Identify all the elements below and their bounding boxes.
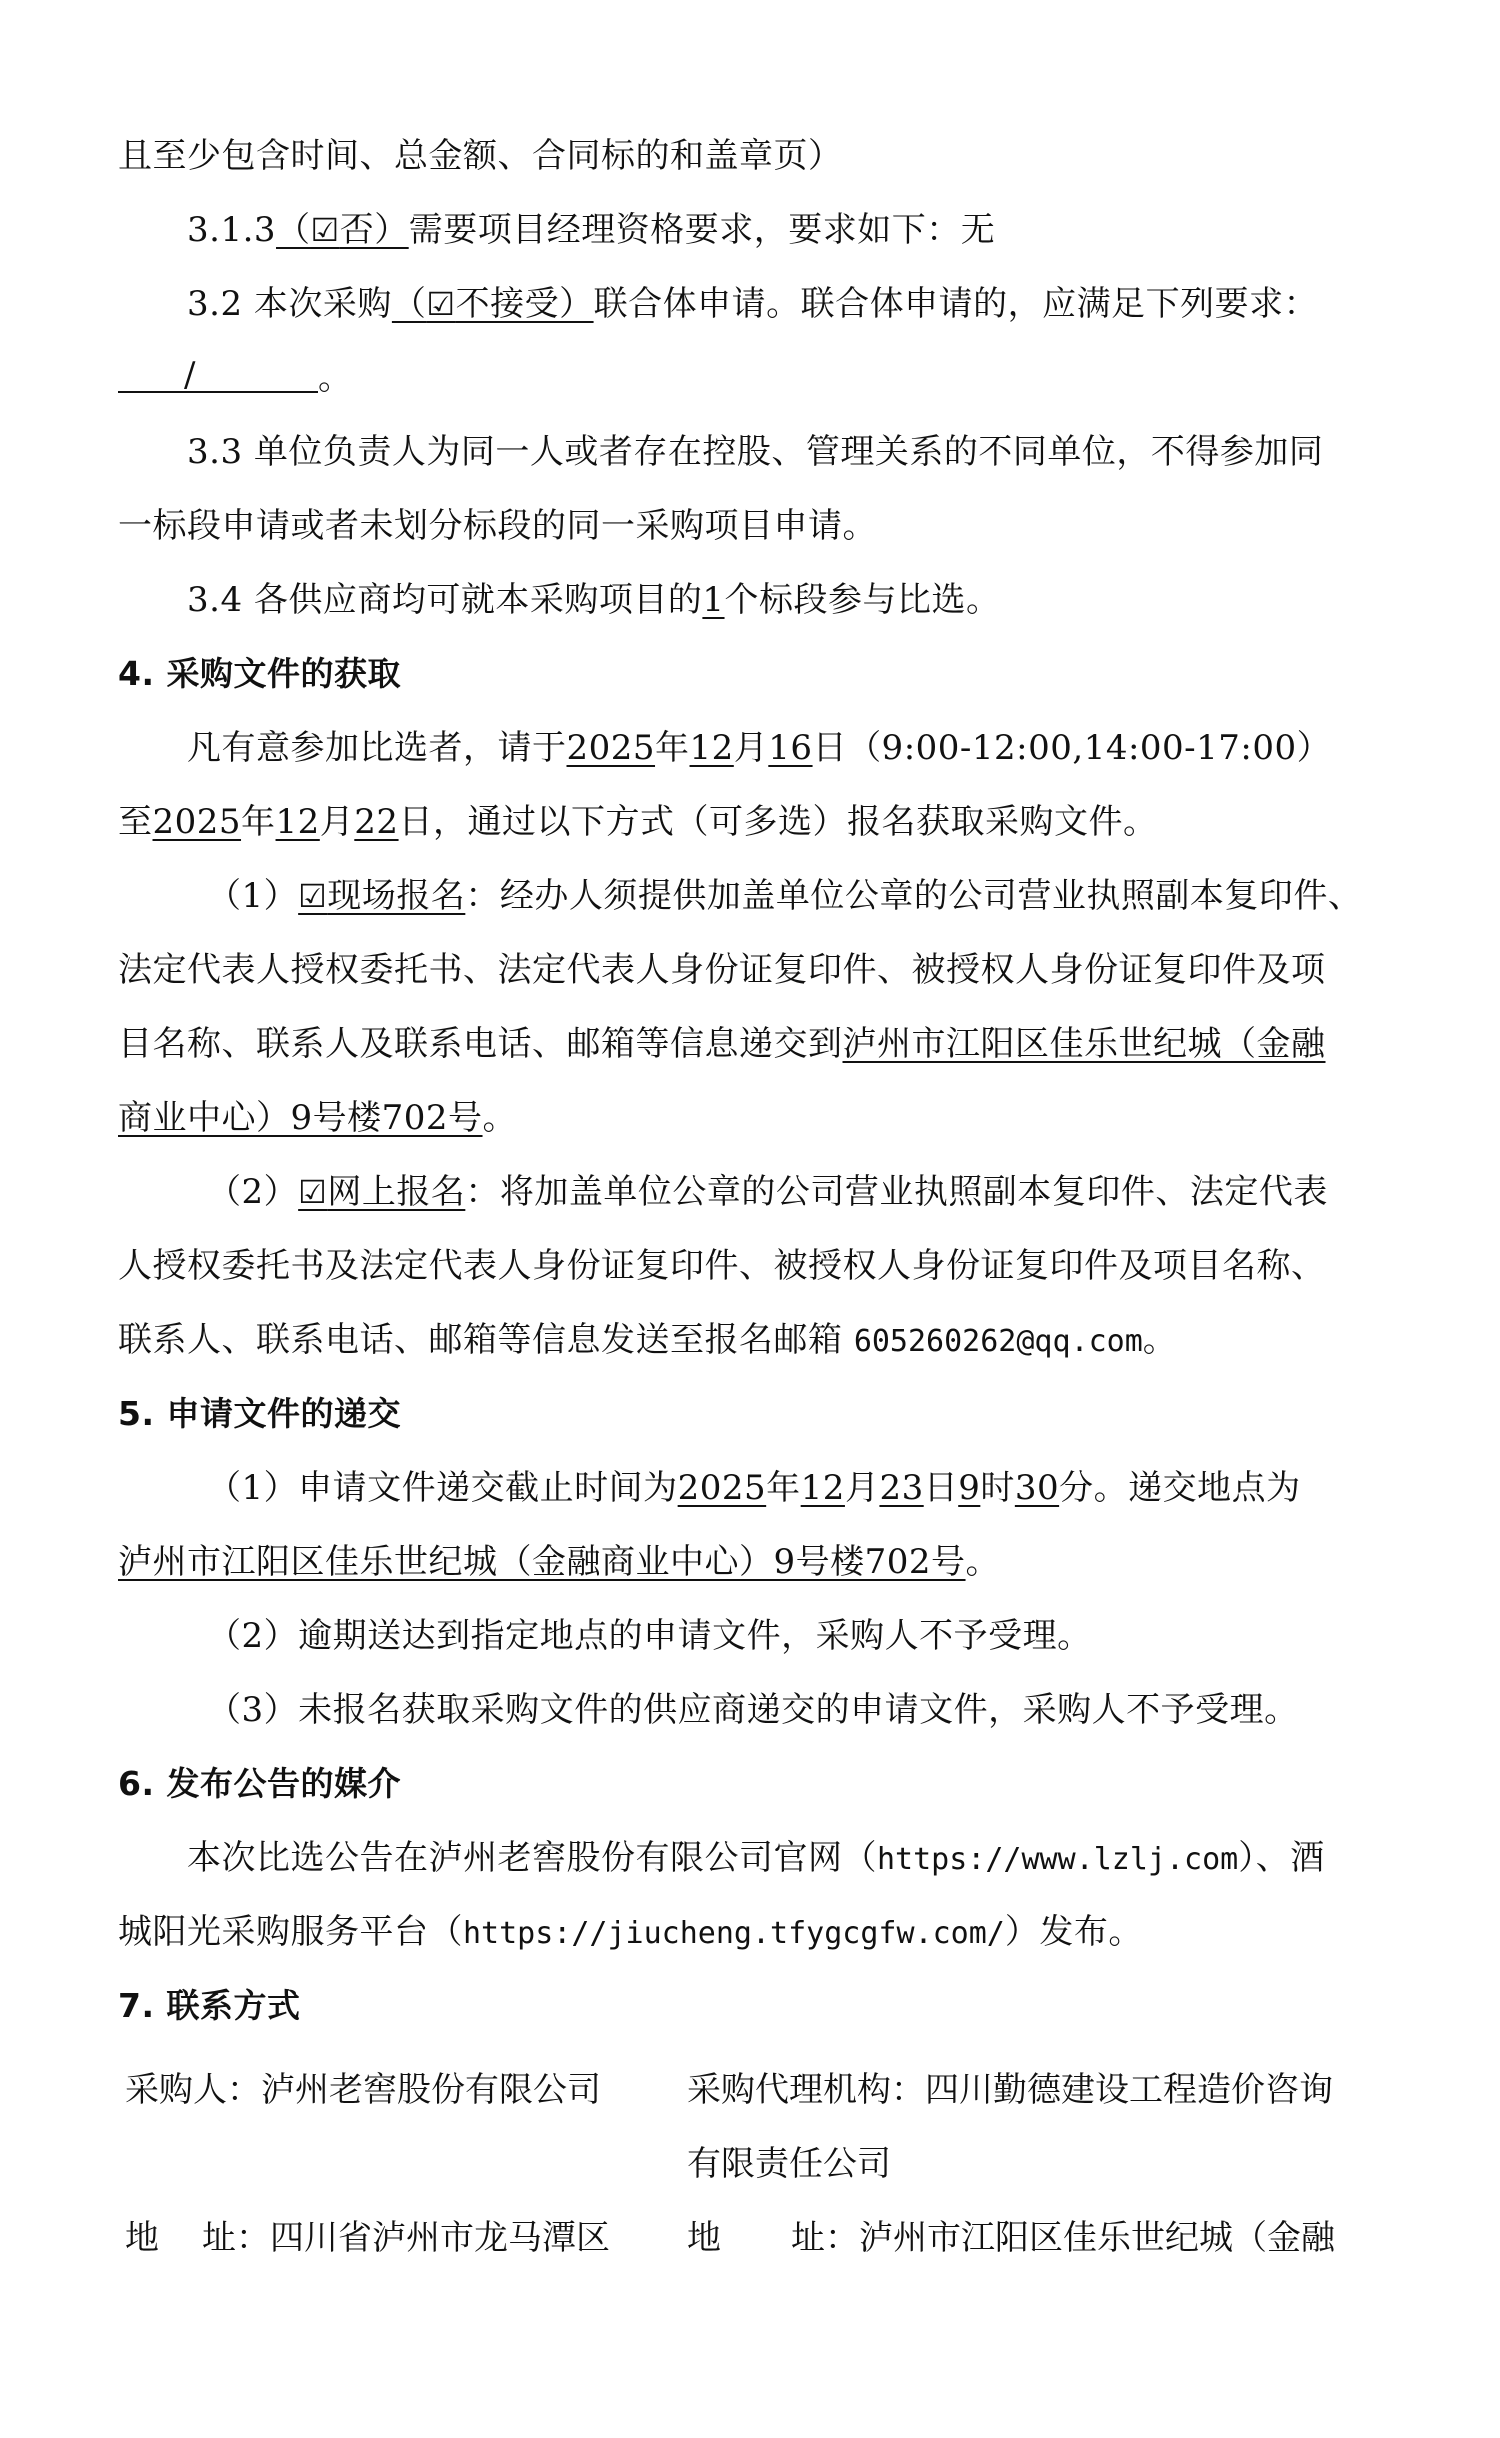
registration-period-line2: 至2025年12月22日，通过以下方式（可多选）报名获取采购文件。 [118,785,1390,859]
text: ： [465,1172,500,1212]
text: 至 [118,802,153,842]
platform-link[interactable]: https://jiucheng.tfygcgfw.com/ [463,1916,1005,1951]
document-page: 且至少包含时间、总金额、合同标的和盖章页） 3.1.3（☑否）需要项目经理资格要… [118,119,1390,2043]
agent-cell: 采购代理机构：四川勤德建设工程造价咨询 [687,2053,1333,2127]
end-month: 12 [276,802,320,842]
text: 分。递交地点为 [1059,1468,1301,1508]
unregistered-submission-rule: （3）未报名获取采购文件的供应商递交的申请文件，采购人不予受理。 [118,1673,1390,1747]
text: ）发布。 [1005,1912,1143,1952]
deadline-year: 2025 [678,1468,767,1508]
section-heading-5: 5. 申请文件的递交 [118,1377,1390,1451]
registration-period-line1: 凡有意参加比选者，请于2025年12月16日（9:00-12:00,14:00-… [118,711,1390,785]
section-heading-6: 6. 发布公告的媒介 [118,1747,1390,1821]
clause-3-2: 3.2 本次采购（☑不接受）联合体申请。联合体申请的，应满足下列要求： [118,267,1390,341]
option-label: 现场报名 [327,876,465,916]
choice-field: （☑否） [276,210,409,250]
paren: （ [276,210,311,250]
choice-text: 不接受） [456,284,594,324]
onsite-option: ☑现场报名 [298,876,465,916]
online-registration-line3: 联系人、联系电话、邮箱等信息发送至报名邮箱 605260262@qq.com。 [118,1303,1390,1377]
text: 月 [320,802,355,842]
contact-row-address: 地址：四川省泸州市龙马潭区 地址：泸州市江阳区佳乐世纪城（金融 [125,2201,1390,2275]
clause-text: 3.2 本次采购 [187,284,392,324]
address-label: 址： [791,2218,859,2258]
buyer-address-cell: 地址：四川省泸州市龙马潭区 [125,2201,610,2275]
fill-blank: / [118,347,318,393]
section-heading-7: 7. 联系方式 [118,1969,1390,2043]
text: （1）申请文件递交截止时间为 [207,1468,678,1508]
deadline-hour: 9 [958,1468,980,1508]
agent-address: 泸州市江阳区佳乐世纪城（金融 [859,2218,1335,2258]
office-hours: （9:00-12:00,14:00-17:00） [847,728,1331,768]
choice-text: 否） [340,210,409,250]
text: 月 [734,728,769,768]
consortium-requirement-blank: /。 [118,341,1390,415]
paren: （ [392,284,427,324]
text: ： [465,876,500,916]
online-option: ☑网上报名 [298,1172,465,1212]
deadline-day: 23 [879,1468,923,1508]
text: 时 [980,1468,1015,1508]
agent-name-cont: 有限责任公司 [687,2127,891,2201]
checkbox-checked-icon: ☑ [298,877,327,915]
text: 目名称、联系人及联系电话、邮箱等信息递交到 [118,1024,843,1064]
registration-email[interactable]: 605260262@qq.com [854,1324,1143,1359]
text: 年 [241,802,276,842]
clause-3-4: 3.4 各供应商均可就本采购项目的1个标段参与比选。 [118,563,1390,637]
address-label: 地 [687,2218,721,2258]
contact-table: 采购人：泸州老窖股份有限公司 采购代理机构：四川勤德建设工程造价咨询 有限责任公… [125,2053,1390,2275]
publication-media-line2: 城阳光采购服务平台（https://jiucheng.tfygcgfw.com/… [118,1895,1390,1969]
start-month: 12 [690,728,734,768]
contact-row-name-cont: 有限责任公司 [125,2127,1390,2201]
deadline-minute: 30 [1015,1468,1059,1508]
clause-3-1-3: 3.1.3（☑否）需要项目经理资格要求，要求如下：无 [118,193,1390,267]
choice-field: （☑不接受） [392,284,594,324]
clause-3-3-line2: 一标段申请或者未划分标段的同一采购项目申请。 [118,489,1390,563]
lot-count: 1 [702,580,724,620]
clause-text: 个标段参与比选。 [725,580,1001,620]
onsite-address: 商业中心）9号楼702号 [118,1098,483,1138]
onsite-registration-line4: 商业中心）9号楼702号。 [118,1081,1390,1155]
agent-address-cell: 地址：泸州市江阳区佳乐世纪城（金融 [687,2201,1335,2275]
onsite-registration-line1: （1）☑现场报名：经办人须提供加盖单位公章的公司营业执照副本复印件、 [118,859,1390,933]
text: 年 [766,1468,801,1508]
text: 年 [655,728,690,768]
option-label: 网上报名 [327,1172,465,1212]
submission-deadline-line1: （1）申请文件递交截止时间为2025年12月23日9时30分。递交地点为 [118,1451,1390,1525]
text: 日 [813,728,848,768]
item-number: （1） [207,876,298,916]
blank-value: / [184,353,196,397]
online-registration-line1: （2）☑网上报名：将加盖单位公章的公司营业执照副本复印件、法定代表 [118,1155,1390,1229]
text: 日 [924,1468,959,1508]
submission-address-line: 泸州市江阳区佳乐世纪城（金融商业中心）9号楼702号。 [118,1525,1390,1599]
agent-name: 四川勤德建设工程造价咨询 [925,2070,1333,2110]
text: 。 [483,1098,518,1138]
onsite-registration-line3: 目名称、联系人及联系电话、邮箱等信息递交到泸州市江阳区佳乐世纪城（金融 [118,1007,1390,1081]
checkbox-checked-icon: ☑ [311,211,340,249]
address-label: 址： [202,2218,270,2258]
item-number: （2） [207,1172,298,1212]
clause-3-3-line1: 3.3 单位负责人为同一人或者存在控股、管理关系的不同单位，不得参加同 [118,415,1390,489]
text: 凡有意参加比选者，请于 [187,728,567,768]
end-year: 2025 [153,802,242,842]
start-day: 16 [768,728,812,768]
clause-number: 3.1.3 [187,210,276,250]
text: 。 [1143,1320,1178,1360]
text: 联系人、联系电话、邮箱等信息发送至报名邮箱 [118,1320,854,1360]
buyer-cell: 采购人：泸州老窖股份有限公司 [125,2053,601,2127]
text: 月 [845,1468,880,1508]
checkbox-checked-icon: ☑ [426,285,455,323]
onsite-registration-line2: 法定代表人授权委托书、法定代表人身份证复印件、被授权人身份证复印件及项 [118,933,1390,1007]
start-year: 2025 [567,728,656,768]
onsite-address: 泸州市江阳区佳乐世纪城（金融 [843,1024,1326,1064]
website-link[interactable]: https://www.lzlj.com [877,1842,1238,1877]
buyer-address: 四川省泸州市龙马潭区 [270,2218,610,2258]
publication-media-line1: 本次比选公告在泸州老窖股份有限公司官网（https://www.lzlj.com… [118,1821,1390,1895]
late-submission-rule: （2）逾期送达到指定地点的申请文件，采购人不予受理。 [118,1599,1390,1673]
punctuation: 。 [318,358,353,398]
contact-row-name: 采购人：泸州老窖股份有限公司 采购代理机构：四川勤德建设工程造价咨询 [125,2053,1390,2127]
text: 经办人须提供加盖单位公章的公司营业执照副本复印件、 [500,876,1363,916]
deadline-month: 12 [801,1468,845,1508]
address-label: 地 [125,2218,159,2258]
submission-address: 泸州市江阳区佳乐世纪城（金融商业中心）9号楼702号 [118,1542,966,1582]
section-heading-4: 4. 采购文件的获取 [118,637,1390,711]
text: ）、酒 [1238,1838,1325,1878]
text: 本次比选公告在泸州老窖股份有限公司官网（ [187,1838,877,1878]
text: 城阳光采购服务平台（ [118,1912,463,1952]
clause-text: 需要项目经理资格要求，要求如下：无 [409,210,996,250]
buyer-name: 泸州老窖股份有限公司 [261,2070,601,2110]
paragraph-continuation: 且至少包含时间、总金额、合同标的和盖章页） [118,119,1390,193]
end-day: 22 [354,802,398,842]
clause-text: 3.4 各供应商均可就本采购项目的 [187,580,702,620]
text: 将加盖单位公章的公司营业执照副本复印件、法定代表 [500,1172,1328,1212]
text: 日，通过以下方式（可多选）报名获取采购文件。 [399,802,1158,842]
buyer-label: 采购人： [125,2070,261,2110]
clause-text: 联合体申请。联合体申请的，应满足下列要求： [594,284,1319,324]
agent-label: 采购代理机构： [687,2070,925,2110]
online-registration-line2: 人授权委托书及法定代表人身份证复印件、被授权人身份证复印件及项目名称、 [118,1229,1390,1303]
checkbox-checked-icon: ☑ [298,1173,327,1211]
text: 。 [966,1542,1001,1582]
